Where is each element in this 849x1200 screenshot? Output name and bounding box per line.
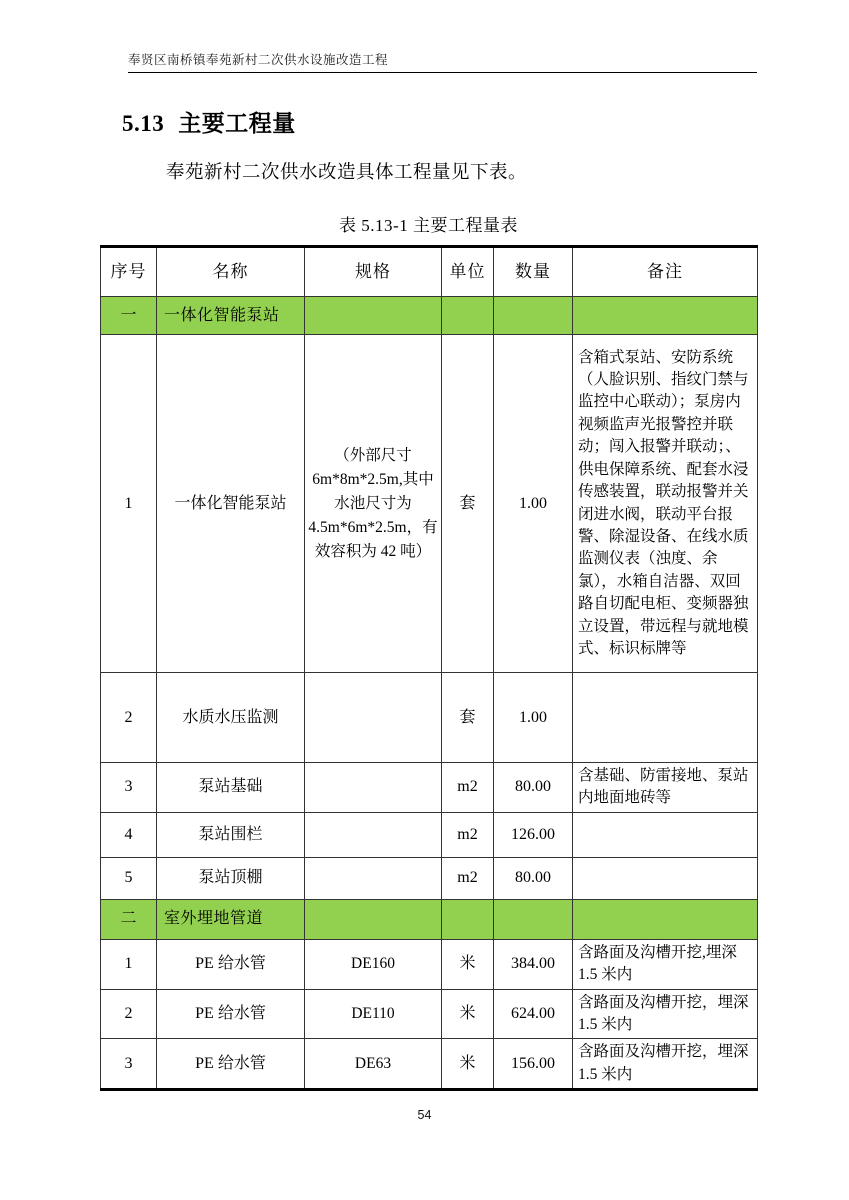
section-title: 5.13主要工程量	[122, 105, 757, 138]
col-header-unit: 单位	[442, 247, 494, 297]
cell-unit: 米	[442, 989, 494, 1039]
cell-qty: 1.00	[494, 673, 573, 763]
cell-unit: m2	[442, 857, 494, 899]
col-header-qty: 数量	[494, 247, 573, 297]
cell-unit	[442, 899, 494, 939]
cell-remark	[573, 899, 758, 939]
cell-spec	[305, 763, 442, 813]
cell-no: 3	[101, 1039, 157, 1090]
cell-qty: 1.00	[494, 335, 573, 673]
page-number: 54	[0, 1108, 849, 1122]
cell-unit: m2	[442, 812, 494, 857]
cell-spec	[305, 812, 442, 857]
cell-remark: 含路面及沟槽开挖，埋深 1.5 米内	[573, 989, 758, 1039]
cell-spec: DE63	[305, 1039, 442, 1090]
cell-remark	[573, 812, 758, 857]
cell-qty: 156.00	[494, 1039, 573, 1090]
intro-paragraph: 奉苑新村二次供水改造具体工程量见下表。	[100, 158, 757, 184]
cell-unit	[442, 297, 494, 335]
col-header-name: 名称	[157, 247, 305, 297]
cell-spec	[305, 857, 442, 899]
cell-unit: 套	[442, 335, 494, 673]
cell-no: 1	[101, 939, 157, 989]
item-row: 4泵站围栏m2126.00	[101, 812, 758, 857]
cell-no: 二	[101, 899, 157, 939]
cell-unit: m2	[442, 763, 494, 813]
cell-name: 泵站围栏	[157, 812, 305, 857]
item-row: 2水质水压监测套1.00	[101, 673, 758, 763]
cell-name: PE 给水管	[157, 1039, 305, 1090]
item-row: 5泵站顶棚m280.00	[101, 857, 758, 899]
item-row: 1PE 给水管DE160米384.00含路面及沟槽开挖,埋深 1.5 米内	[101, 939, 758, 989]
cell-spec	[305, 673, 442, 763]
cell-name: 水质水压监测	[157, 673, 305, 763]
cell-remark	[573, 673, 758, 763]
cell-qty	[494, 899, 573, 939]
cell-remark: 含路面及沟槽开挖，埋深 1.5 米内	[573, 1039, 758, 1090]
cell-no: 一	[101, 297, 157, 335]
quantities-table: 序号 名称 规格 单位 数量 备注 一一体化智能泵站1一体化智能泵站（外部尺寸 …	[100, 245, 758, 1091]
cell-remark: 含基础、防雷接地、泵站内地面地砖等	[573, 763, 758, 813]
cell-spec: DE110	[305, 989, 442, 1039]
cell-spec	[305, 899, 442, 939]
cell-name: PE 给水管	[157, 939, 305, 989]
cell-name: 一体化智能泵站	[157, 297, 305, 335]
cell-unit: 套	[442, 673, 494, 763]
cell-qty: 80.00	[494, 763, 573, 813]
running-header: 奉贤区南桥镇奉苑新村二次供水设施改造工程	[128, 50, 757, 73]
cell-qty: 126.00	[494, 812, 573, 857]
cell-qty: 80.00	[494, 857, 573, 899]
cell-no: 4	[101, 812, 157, 857]
cell-remark: 含路面及沟槽开挖,埋深 1.5 米内	[573, 939, 758, 989]
item-row: 1一体化智能泵站（外部尺寸 6m*8m*2.5m,其中水池尺寸为 4.5m*6m…	[101, 335, 758, 673]
cell-remark	[573, 297, 758, 335]
cell-spec: （外部尺寸 6m*8m*2.5m,其中水池尺寸为 4.5m*6m*2.5m，有效…	[305, 335, 442, 673]
cell-qty: 384.00	[494, 939, 573, 989]
cell-name: 泵站顶棚	[157, 857, 305, 899]
cell-no: 3	[101, 763, 157, 813]
cell-no: 2	[101, 989, 157, 1039]
table-caption: 表 5.13-1 主要工程量表	[100, 211, 757, 236]
cell-name: 一体化智能泵站	[157, 335, 305, 673]
cell-unit: 米	[442, 1039, 494, 1090]
section-number: 5.13	[122, 111, 164, 136]
col-header-spec: 规格	[305, 247, 442, 297]
cell-qty	[494, 297, 573, 335]
cell-name: PE 给水管	[157, 989, 305, 1039]
cell-no: 2	[101, 673, 157, 763]
col-header-remark: 备注	[573, 247, 758, 297]
item-row: 3泵站基础m280.00含基础、防雷接地、泵站内地面地砖等	[101, 763, 758, 813]
document-page: 奉贤区南桥镇奉苑新村二次供水设施改造工程 5.13主要工程量 奉苑新村二次供水改…	[0, 0, 849, 1200]
col-header-no: 序号	[101, 247, 157, 297]
section-heading-text: 主要工程量	[178, 111, 296, 136]
cell-unit: 米	[442, 939, 494, 989]
table-header-row: 序号 名称 规格 单位 数量 备注	[101, 247, 758, 297]
item-row: 3PE 给水管DE63米156.00含路面及沟槽开挖，埋深 1.5 米内	[101, 1039, 758, 1090]
cell-remark	[573, 857, 758, 899]
cell-no: 5	[101, 857, 157, 899]
cell-no: 1	[101, 335, 157, 673]
cell-spec: DE160	[305, 939, 442, 989]
cell-spec	[305, 297, 442, 335]
cell-name: 室外埋地管道	[157, 899, 305, 939]
section-row: 二室外埋地管道	[101, 899, 758, 939]
cell-remark: 含箱式泵站、安防系统（人脸识别、指纹门禁与监控中心联动）；泵房内视频监声光报警控…	[573, 335, 758, 673]
section-row: 一一体化智能泵站	[101, 297, 758, 335]
cell-name: 泵站基础	[157, 763, 305, 813]
cell-qty: 624.00	[494, 989, 573, 1039]
item-row: 2PE 给水管DE110米624.00含路面及沟槽开挖，埋深 1.5 米内	[101, 989, 758, 1039]
